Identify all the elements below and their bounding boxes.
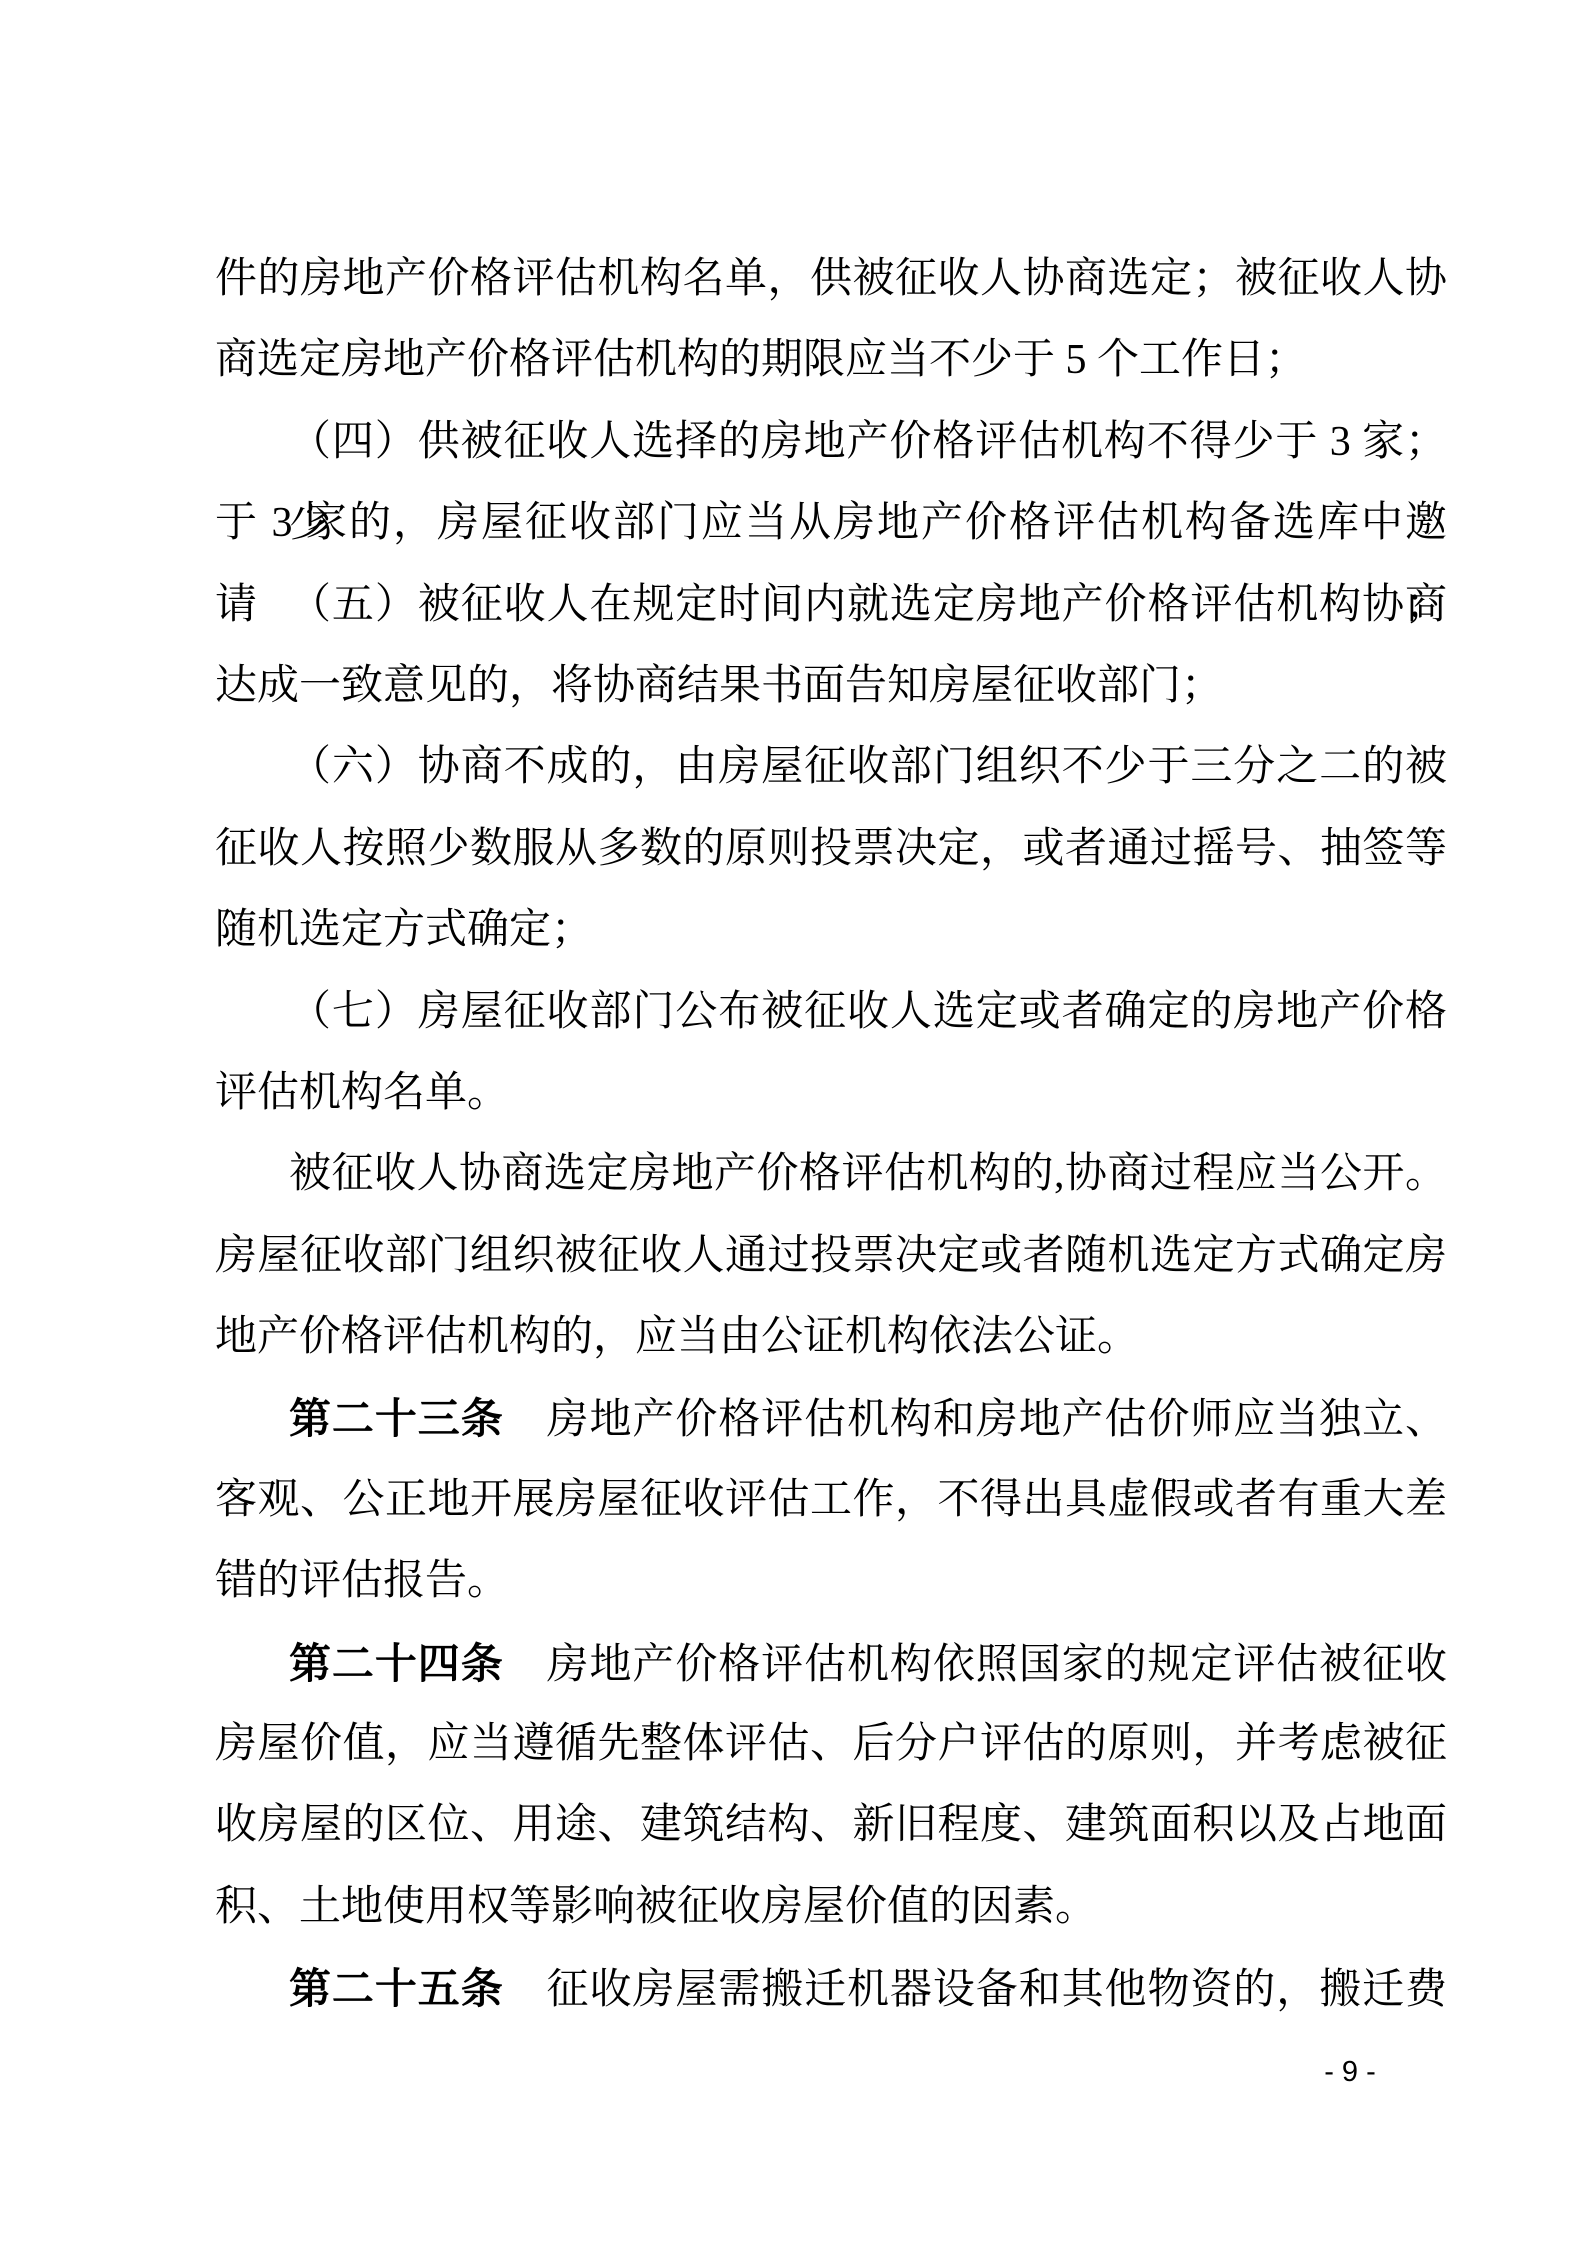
text-segment: 征收人按照少数服从多数的原则投票决定，或者通过摇号、抽签等 [215,826,1447,872]
text-line: （六）协商不成的，由房屋征收部门组织不少于三分之二的被 [289,727,1447,808]
text-line: 达成一致意见的，将协商结果书面告知房屋征收部门； [215,646,1447,727]
text-segment: 被征收人协商选定房地产价格评估机构的,协商过程应当公开。 [289,1151,1447,1197]
text-line: 第二十四条 房地产价格评估机构依照国家的规定评估被征收 [289,1623,1447,1704]
text-line: 商选定房地产价格评估机构的期限应当不少于 5 个工作日； [215,320,1447,401]
text-line: 房屋征收部门组织被征收人通过投票决定或者随机选定方式确定房 [215,1216,1447,1297]
document-page: 件的房地产价格评估机构名单，供被征收人协商选定；被征收人协商选定房地产价格评估机… [0,0,1587,2245]
article-number: 第二十五条 [289,1965,504,2012]
text-segment: 征收房屋需搬迁机器设备和其他物资的，搬迁费 [504,1967,1447,2013]
text-segment: 客观、公正地开展房屋征收评估工作，不得出具虚假或者有重大差 [215,1477,1447,1523]
text-line: 征收人按照少数服从多数的原则投票决定，或者通过摇号、抽签等 [215,809,1447,890]
article-number: 第二十三条 [289,1395,504,1442]
text-segment: 房屋价值，应当遵循先整体评估、后分户评估的原则，并考虑被征 [215,1721,1447,1767]
article-number: 第二十四条 [289,1640,504,1687]
text-segment: （七）房屋征收部门公布被征收人选定或者确定的房地产价格 [289,989,1447,1035]
page-number: - 9 - [1285,2052,1415,2092]
text-line: （五）被征收人在规定时间内就选定房地产价格评估机构协商 [289,565,1447,646]
document-body: 件的房地产价格评估机构名单，供被征收人协商选定；被征收人协商选定房地产价格评估机… [215,239,1447,2030]
text-segment: 随机选定方式确定； [215,907,593,953]
text-line: （七）房屋征收部门公布被征收人选定或者确定的房地产价格 [289,972,1447,1053]
text-line: 第二十三条 房地产价格评估机构和房地产估价师应当独立、 [289,1378,1447,1459]
text-line: 客观、公正地开展房屋征收评估工作，不得出具虚假或者有重大差 [215,1460,1447,1541]
text-line: 收房屋的区位、用途、建筑结构、新旧程度、建筑面积以及占地面 [215,1785,1447,1866]
text-line: 错的评估报告。 [215,1541,1447,1622]
text-segment: 房地产价格评估机构依照国家的规定评估被征收 [504,1642,1447,1688]
text-segment: 评估机构名单。 [215,1070,509,1116]
text-segment: 商选定房地产价格评估机构的期限应当不少于 5 个工作日； [215,337,1307,383]
text-segment: 错的评估报告。 [215,1558,509,1604]
text-line: 房屋价值，应当遵循先整体评估、后分户评估的原则，并考虑被征 [215,1704,1447,1785]
text-line: 第二十五条 征收房屋需搬迁机器设备和其他物资的，搬迁费 [289,1948,1447,2029]
text-segment: （五）被征收人在规定时间内就选定房地产价格评估机构协商 [289,582,1447,628]
text-segment: 收房屋的区位、用途、建筑结构、新旧程度、建筑面积以及占地面 [215,1802,1447,1848]
text-line: 随机选定方式确定； [215,890,1447,971]
text-segment: （六）协商不成的，由房屋征收部门组织不少于三分之二的被 [289,744,1447,790]
text-line: 评估机构名单。 [215,1053,1447,1134]
text-line: 积、土地使用权等影响被征收房屋价值的因素。 [215,1867,1447,1948]
text-line: 被征收人协商选定房地产价格评估机构的,协商过程应当公开。 [289,1134,1447,1215]
text-line: 件的房地产价格评估机构名单，供被征收人协商选定；被征收人协 [215,239,1447,320]
text-line: 地产价格评估机构的，应当由公证机构依法公证。 [215,1297,1447,1378]
text-line: （四）供被征收人选择的房地产价格评估机构不得少于 3 家；少 [289,402,1447,483]
text-segment: 积、土地使用权等影响被征收房屋价值的因素。 [215,1884,1097,1930]
text-segment: 房屋征收部门组织被征收人通过投票决定或者随机选定方式确定房 [215,1233,1447,1279]
text-segment: 房地产价格评估机构和房地产估价师应当独立、 [504,1397,1447,1443]
text-segment: 地产价格评估机构的，应当由公证机构依法公证。 [215,1314,1139,1360]
text-segment: 达成一致意见的，将协商结果书面告知房屋征收部门； [215,663,1223,709]
text-line: 于 3 家的，房屋征收部门应当从房地产价格评估机构备选库中邀请； [215,483,1447,564]
text-segment: 件的房地产价格评估机构名单，供被征收人协商选定；被征收人协 [215,256,1447,302]
